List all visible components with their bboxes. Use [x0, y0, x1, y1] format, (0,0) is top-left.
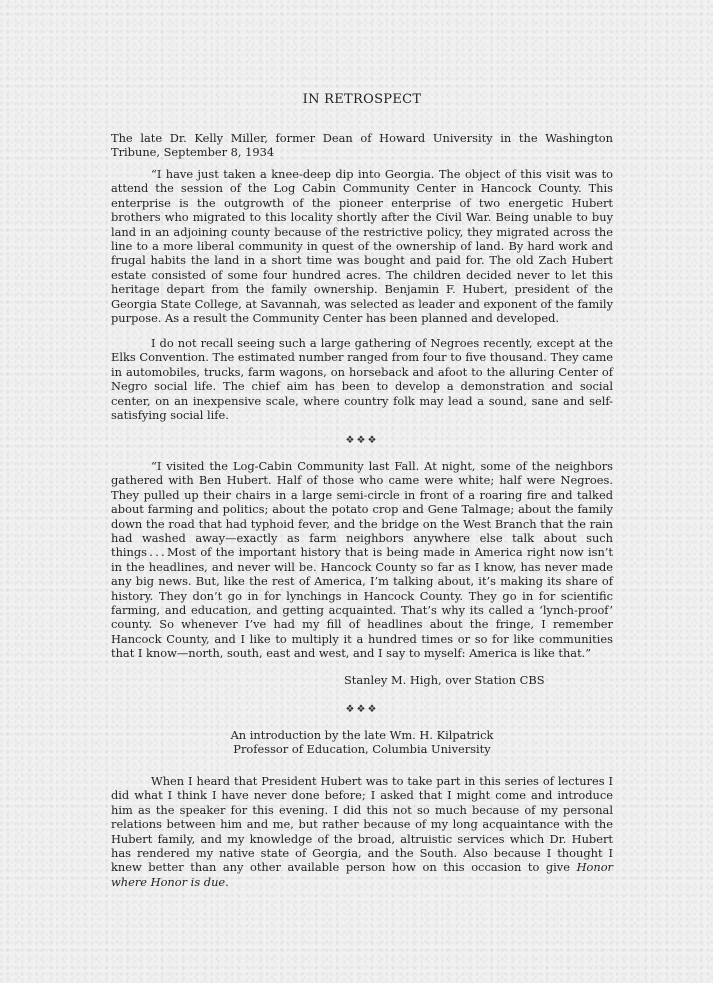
- paragraph: “I have just taken a knee-deep dip into …: [111, 167, 613, 325]
- paragraph: “I visited the Log-Cabin Community last …: [111, 459, 613, 661]
- source-line: The late Dr. Kelly Miller, former Dean o…: [111, 131, 613, 160]
- paragraph: I do not recall seeing such a large gath…: [111, 336, 613, 422]
- kilpatrick-introduction: When I heard that President Hubert was t…: [111, 774, 613, 889]
- intro-heading-line-2: Professor of Education, Columbia Univers…: [111, 742, 613, 756]
- source-attribution: The late Dr. Kelly Miller, former Dean o…: [111, 131, 613, 160]
- miller-quote-para-1: “I have just taken a knee-deep dip into …: [111, 167, 613, 325]
- high-signature: Stanley M. High, over Station CBS: [111, 673, 713, 687]
- miller-quote-para-2: I do not recall seeing such a large gath…: [111, 336, 613, 422]
- paragraph: When I heard that President Hubert was t…: [111, 774, 613, 889]
- paragraph-text: When I heard that President Hubert was t…: [111, 774, 613, 874]
- ornament-divider: ❖❖❖: [111, 434, 613, 448]
- intro-heading: An introduction by the late Wm. H. Kilpa…: [111, 728, 613, 757]
- intro-heading-line-1: An introduction by the late Wm. H. Kilpa…: [111, 728, 613, 742]
- page-title: IN RETROSPECT: [111, 93, 613, 107]
- ornament-divider: ❖❖❖: [111, 703, 613, 717]
- high-quote: “I visited the Log-Cabin Community last …: [111, 459, 613, 661]
